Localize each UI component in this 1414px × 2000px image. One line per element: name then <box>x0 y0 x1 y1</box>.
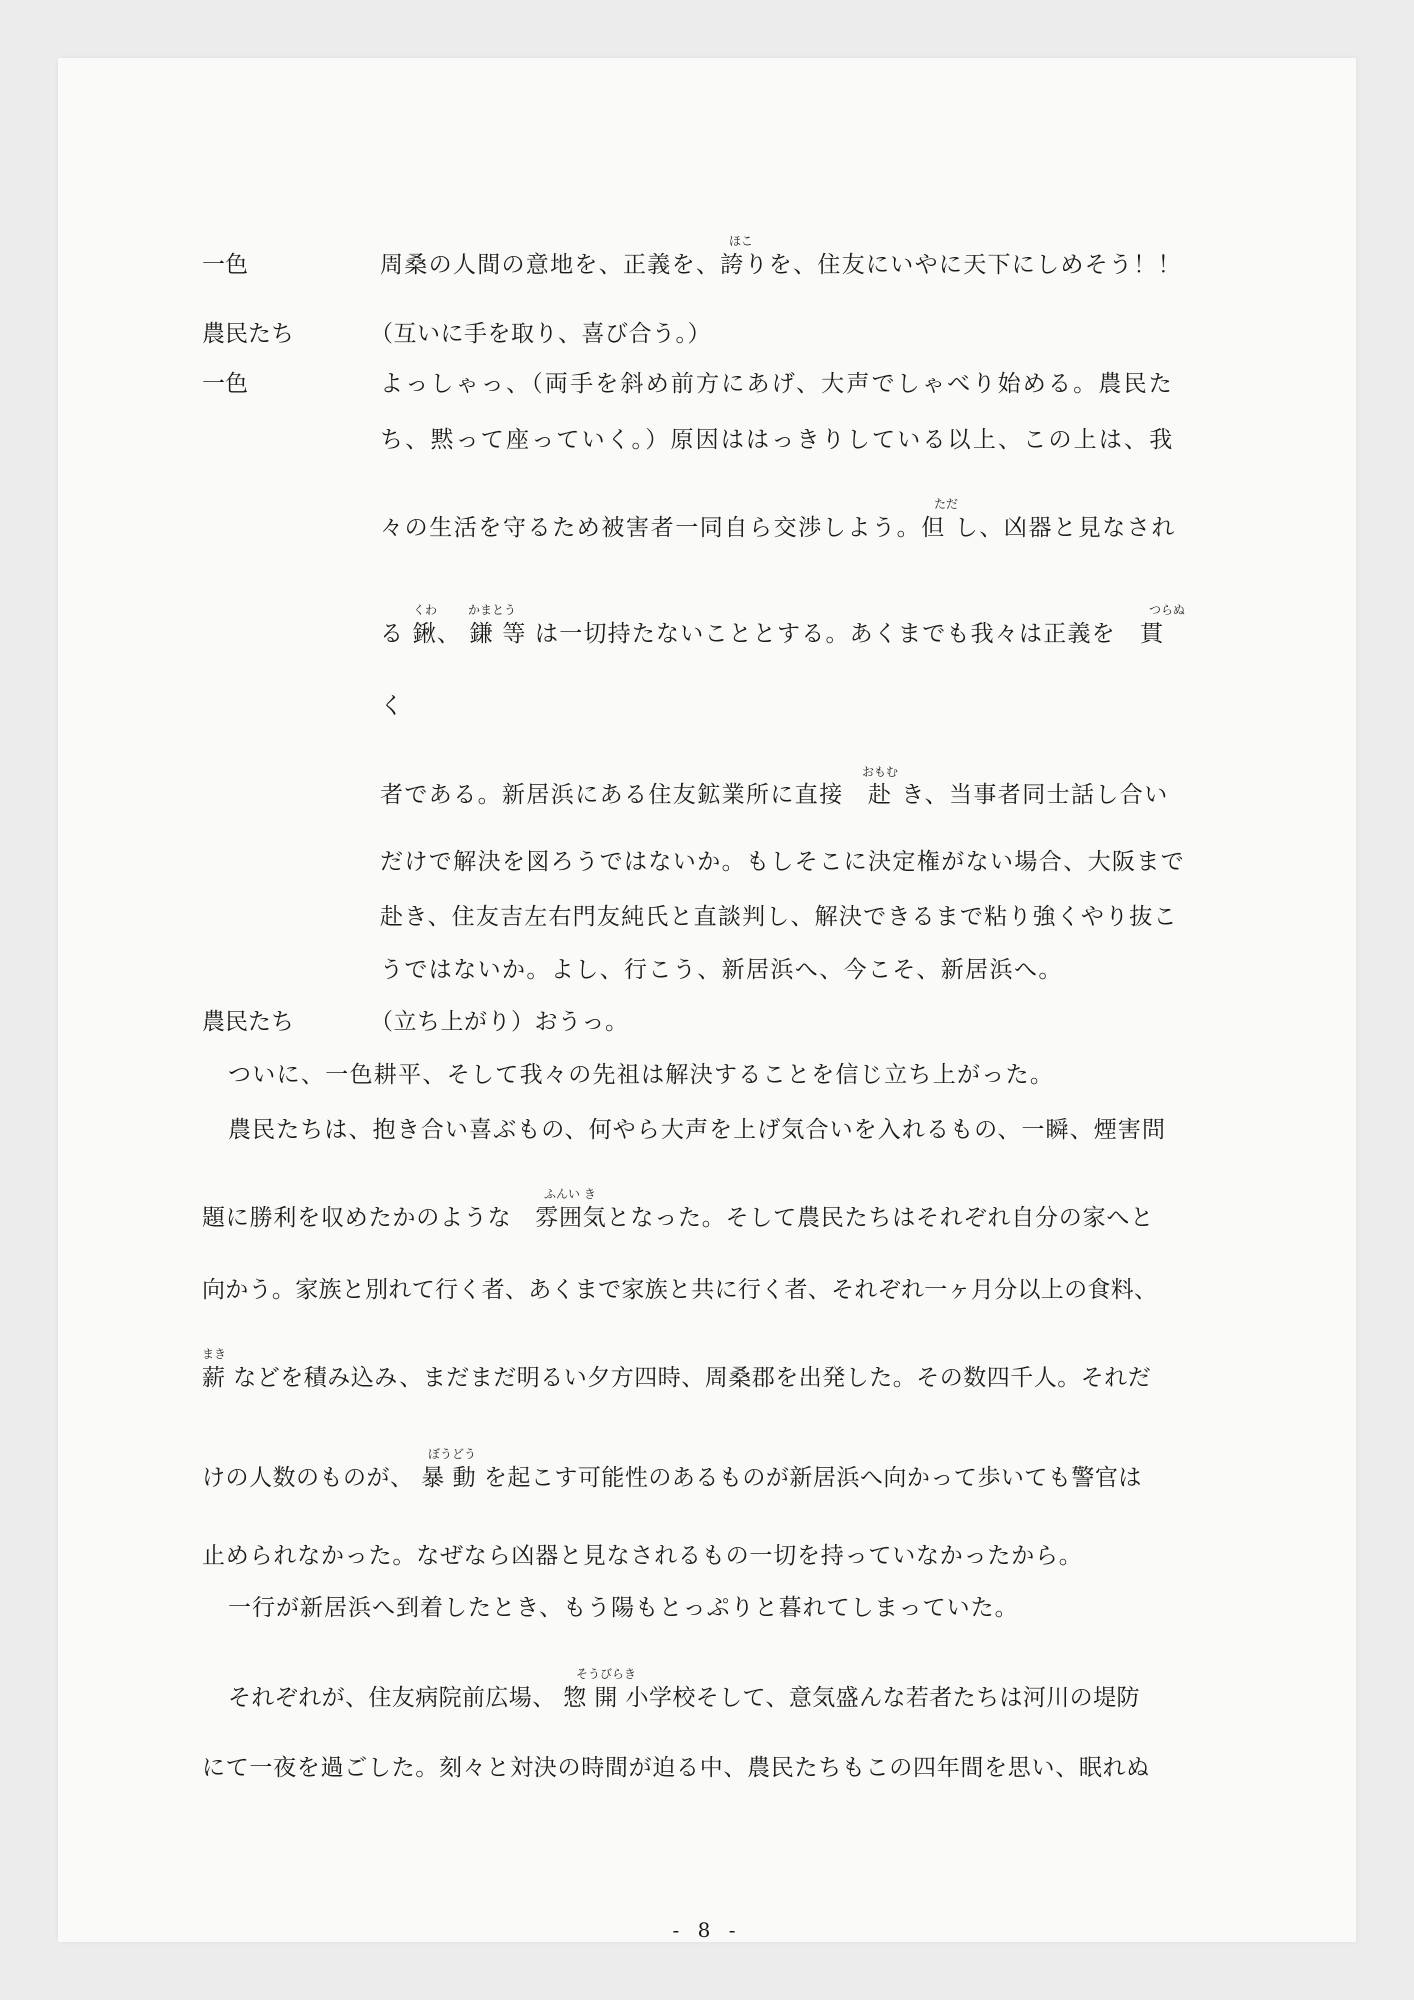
dialogue-line: く <box>380 691 404 721</box>
narrative-line: 止められなかった。なぜなら凶器と見なされるもの一切を持っていなかったから。 <box>202 1541 1083 1571</box>
ruby-reading: くわ <box>413 603 437 617</box>
dialogue-line: 周桑の人間の意地を、正義を、誇りを、住友にいやに天下にしめそう！！ <box>380 250 1182 280</box>
ruby-reading: そうびらき <box>576 1667 636 1681</box>
ruby-reading: ただ <box>934 497 958 511</box>
dialogue-line: 者である。新居浜にある住友鉱業所に直接 赴 き、当事者同士話し合い <box>380 780 1169 810</box>
dialogue-line: よっしゃっ、（両手を斜め前方にあげ、大声でしゃべり始める。農民た <box>380 369 1174 399</box>
dialogue-line: （立ち上がり）おうっ。 <box>370 1007 629 1037</box>
speaker-label: 農民たち <box>202 319 294 349</box>
ruby-reading: かまとう <box>468 603 516 617</box>
dialogue-line: ち、黙って座っていく。）原因ははっきりしている以上、この上は、我 <box>380 425 1174 455</box>
ruby-reading: おもむ <box>862 765 898 779</box>
dialogue-line: うではないか。よし、行こう、新居浜へ、今こそ、新居浜へ。 <box>380 955 1063 985</box>
narrative-line: 農民たちは、抱き合い喜ぶもの、何やら大声を上げ気合いを入れるもの、一瞬、煙害問 <box>228 1115 1166 1145</box>
dialogue-line: 赴き、住友吉左右門友純氏と直談判し、解決できるまで粘り強くやり抜こ <box>380 902 1178 932</box>
narrative-line: にて一夜を過ごした。刻々と対決の時間が迫る中、農民たちもこの四年間を思い、眠れぬ <box>202 1753 1150 1783</box>
speaker-label: 農民たち <box>202 1007 294 1037</box>
narrative-line: けの人数のものが、 暴 動 を起こす可能性のあるものが新居浜へ向かって歩いても警… <box>202 1463 1142 1493</box>
dialogue-line: る 鍬、 鎌 等 は一切持たないこととする。あくまでも我々は正義を 貫 <box>380 619 1164 649</box>
narrative-line: それぞれが、住友病院前広場、 惣 開 小学校そして、意気盛んな若者たちは河川の堤… <box>228 1683 1140 1713</box>
stage-direction-line: （互いに手を取り、喜び合う。） <box>370 319 711 349</box>
narrative-line: 題に勝利を収めたかのような 雰囲気となった。そして農民たちはそれぞれ自分の家へと <box>202 1203 1154 1233</box>
document-page: 一色 ほこ 周桑の人間の意地を、正義を、誇りを、住友にいやに天下にしめそう！！ … <box>58 58 1356 1942</box>
ruby-reading: ふんい き <box>544 1187 596 1201</box>
ruby-reading: ほこ <box>729 234 753 248</box>
speaker-label: 一色 <box>202 369 248 399</box>
ruby-reading: つらぬ <box>1149 603 1185 617</box>
page-number: - 8 - <box>58 1918 1356 1942</box>
narrative-line: 向かう。家族と別れて行く者、あくまで家族と共に行く者、それぞれ一ヶ月分以上の食料… <box>202 1275 1157 1305</box>
dialogue-line: 々の生活を守るため被害者一同自ら交渉しよう。但 し、凶器と見なされ <box>380 513 1176 543</box>
ruby-reading: まき <box>202 1347 226 1361</box>
narrative-line: ついに、一色耕平、そして我々の先祖は解決することを信じ立ち上がった。 <box>228 1060 1054 1090</box>
narrative-line: 一行が新居浜へ到着したとき、もう陽もとっぷりと暮れてしまっていた。 <box>228 1593 1019 1623</box>
speaker-label: 一色 <box>202 250 248 280</box>
narrative-line: 薪 などを積み込み、まだまだ明るい夕方四時、周桑郡を出発した。その数四千人。それ… <box>202 1363 1151 1393</box>
ruby-reading: ぼうどう <box>428 1447 476 1461</box>
dialogue-line: だけで解決を図ろうではないか。もしそこに決定権がない場合、大阪まで <box>380 847 1185 877</box>
